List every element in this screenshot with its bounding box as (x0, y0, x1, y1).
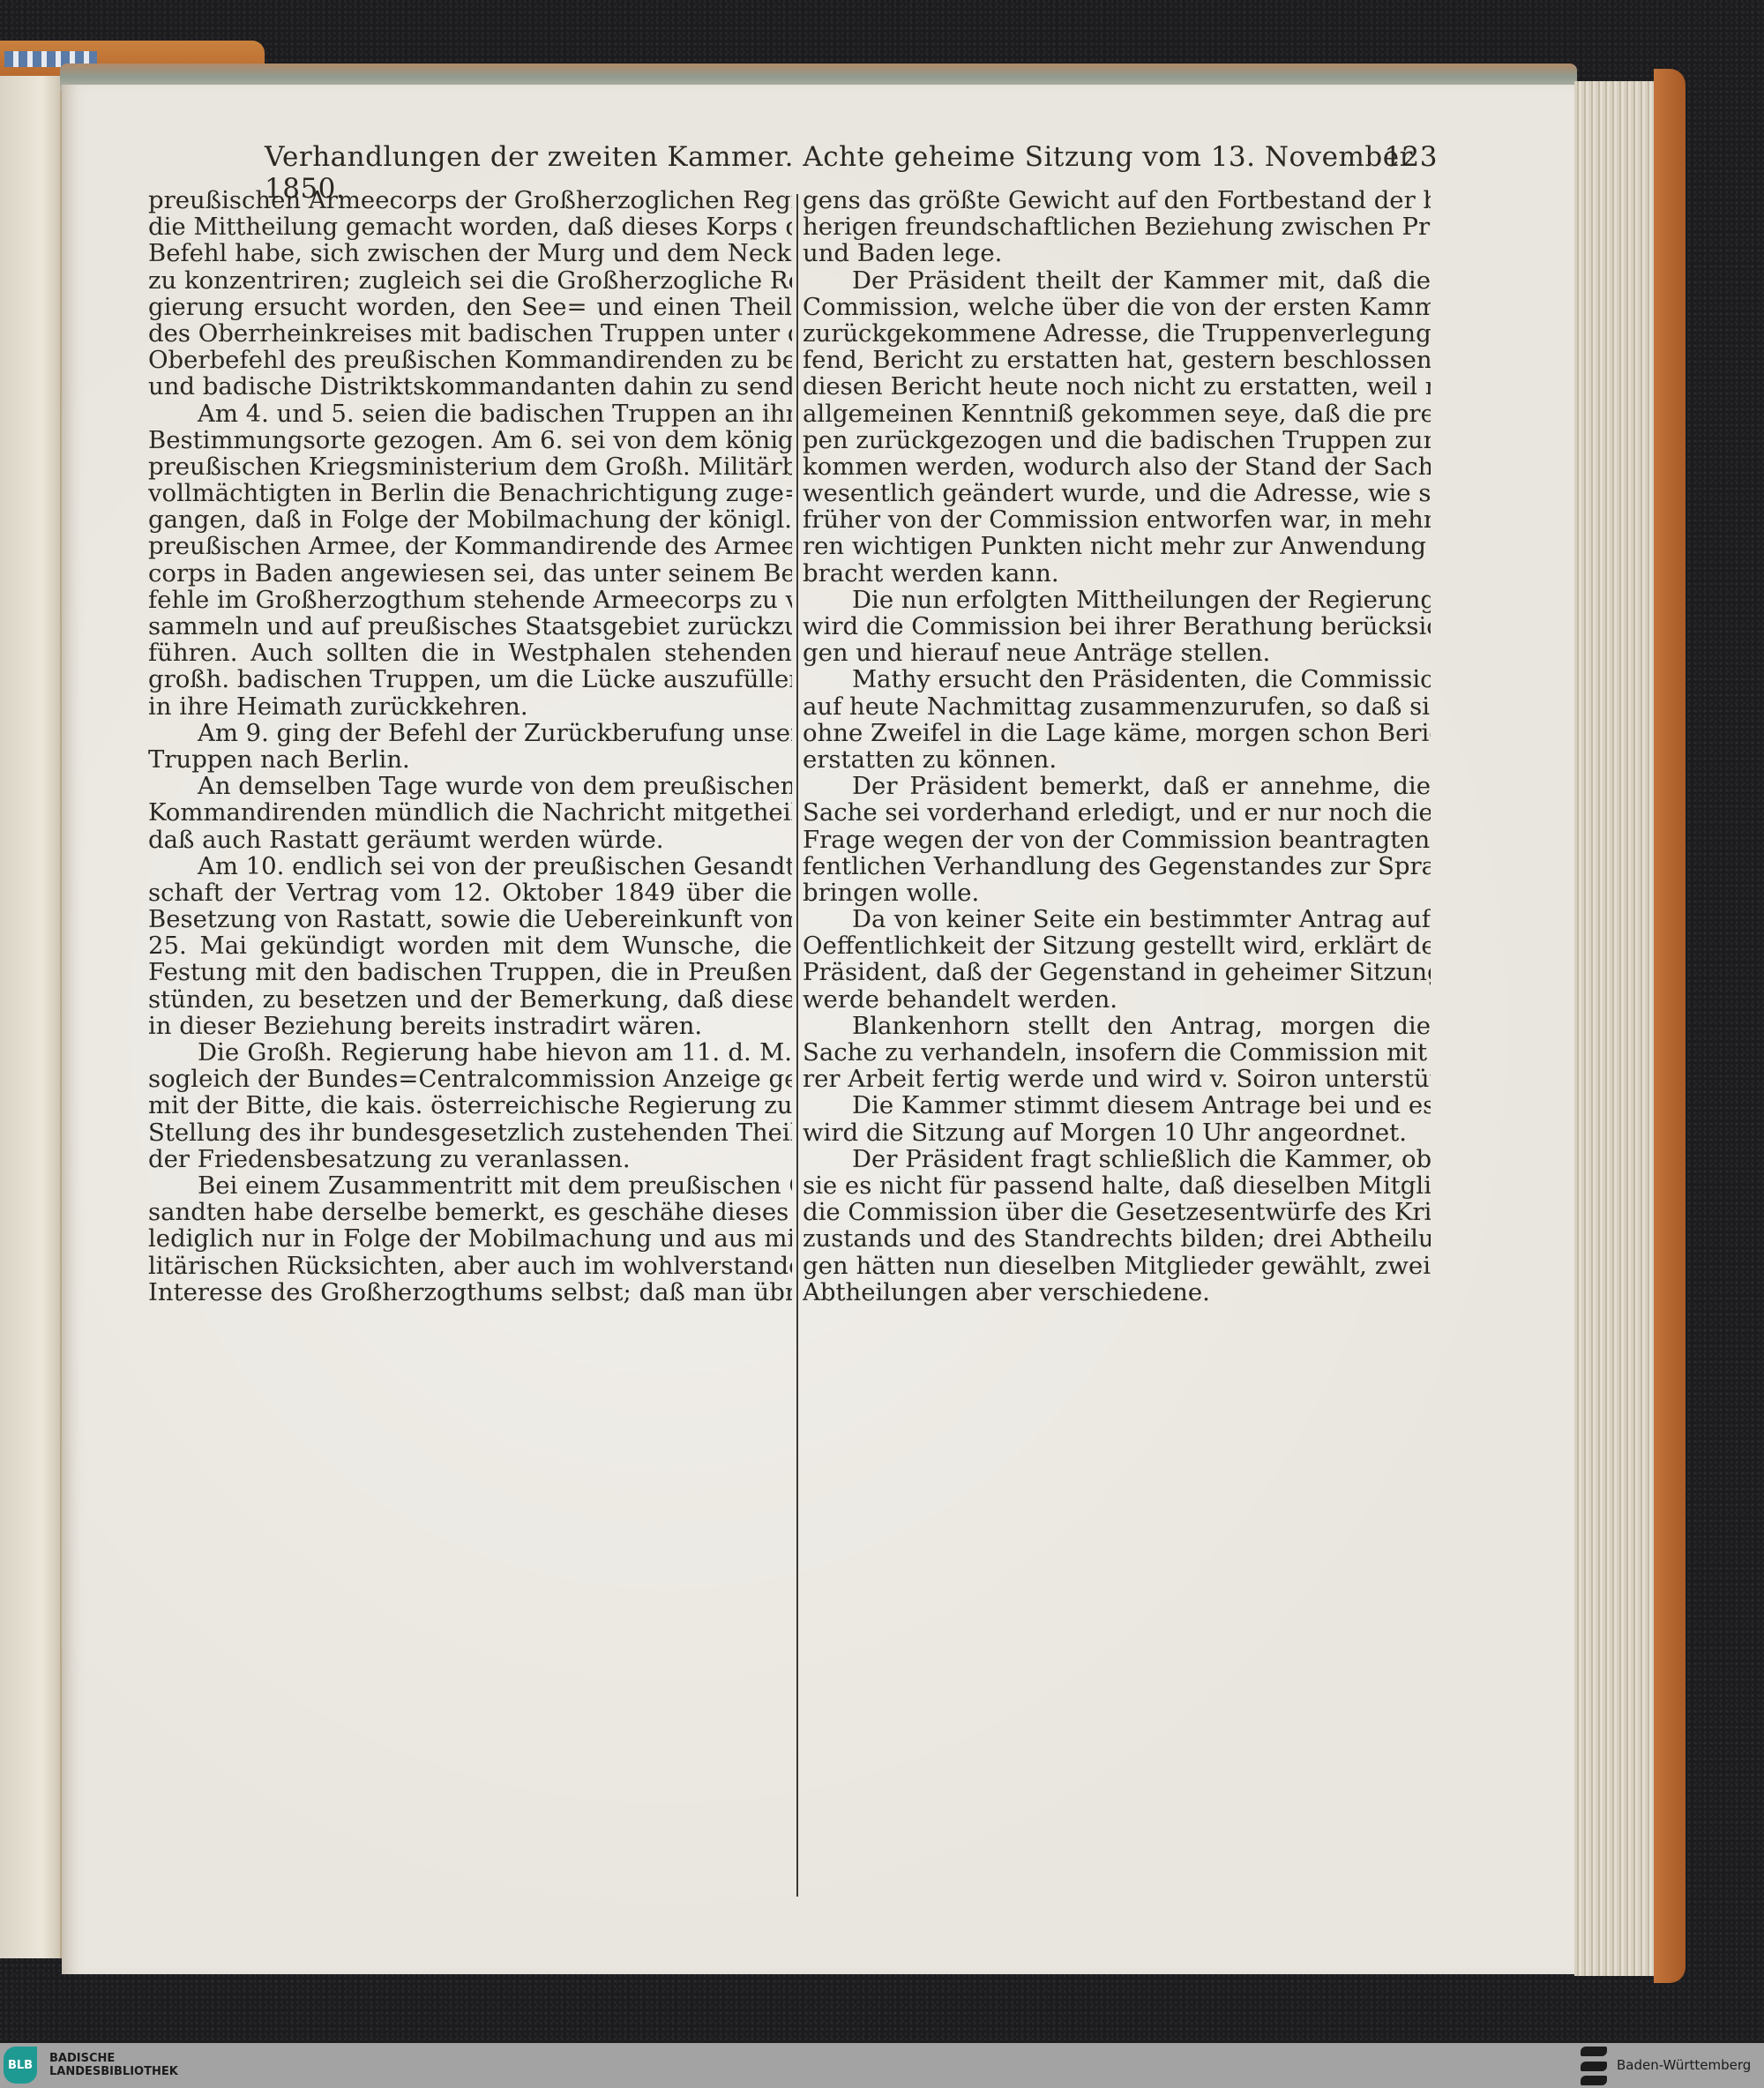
text-line: Frage wegen der von der Commission beant… (803, 827, 1431, 853)
library-name-line2: LANDESBIBLIOTHEK (49, 2065, 178, 2078)
text-line: sie es nicht für passend halte, daß dies… (803, 1172, 1431, 1199)
text-line: stünden, zu besetzen und der Bemerkung, … (148, 986, 792, 1013)
text-line: bracht werden kann. (803, 560, 1431, 587)
footer-bar (0, 2043, 1764, 2088)
running-header: Verhandlungen der zweiten Kammer. Achte … (265, 141, 1438, 183)
left-page-edge (0, 53, 62, 1958)
library-name[interactable]: BADISCHE LANDESBIBLIOTHEK (49, 2052, 178, 2078)
text-line: herigen freundschaftlichen Beziehung zwi… (803, 213, 1431, 240)
text-line: gens das größte Gewicht auf den Fortbest… (803, 187, 1431, 213)
text-line: lediglich nur in Folge der Mobilmachung … (148, 1225, 792, 1252)
text-line: gen hätten nun dieselben Mitglieder gewä… (803, 1253, 1431, 1279)
text-line: Commission, welche über die von der erst… (803, 294, 1431, 320)
text-line: die Mittheilung gemacht worden, daß dies… (148, 213, 792, 240)
paragraph-start: Am 4. und 5. seien die badischen Truppen… (148, 400, 792, 427)
text-line: ohne Zweifel in die Lage käme, morgen sc… (803, 720, 1431, 746)
text-line: Oberbefehl des preußischen Kommandirende… (148, 347, 792, 373)
text-line: Kommandirenden mündlich die Nachricht mi… (148, 799, 792, 826)
text-line: wird die Sitzung auf Morgen 10 Uhr angeo… (803, 1119, 1431, 1146)
text-line: gierung ersucht worden, den See= und ein… (148, 294, 792, 320)
paragraph-start: Am 10. endlich sei von der preußischen G… (148, 853, 792, 879)
text-line: Befehl habe, sich zwischen der Murg und … (148, 240, 792, 266)
paragraph-start: An demselben Tage wurde von dem preußisc… (148, 773, 792, 799)
paragraph-start: Die Kammer stimmt diesem Antrage bei und… (803, 1092, 1431, 1119)
text-line: Festung mit den badischen Truppen, die i… (148, 959, 792, 985)
blb-logo-text: BLB (8, 2059, 33, 2072)
text-line: preußischen Kriegsministerium dem Großh.… (148, 453, 792, 480)
paragraph-start: Blankenhorn stellt den Antrag, morgen di… (803, 1013, 1431, 1039)
text-line: kommen werden, wodurch also der Stand de… (803, 453, 1431, 480)
text-line: Interesse des Großherzogthums selbst; da… (148, 1279, 792, 1306)
text-line: wird die Commission bei ihrer Berathung … (803, 613, 1431, 640)
text-line: zustands und des Standrechts bilden; dre… (803, 1225, 1431, 1252)
right-column: gens das größte Gewicht auf den Fortbest… (803, 187, 1431, 1306)
paragraph-start: Die Großh. Regierung habe hievon am 11. … (148, 1039, 792, 1066)
text-line: führen. Auch sollten die in Westphalen s… (148, 640, 792, 666)
paragraph-start: Mathy ersucht den Präsidenten, die Commi… (803, 666, 1431, 692)
text-line: werde behandelt werden. (803, 986, 1431, 1013)
library-name-line1: BADISCHE (49, 2052, 178, 2065)
text-line: in ihre Heimath zurückkehren. (148, 693, 792, 720)
text-line: sandten habe derselbe bemerkt, es geschä… (148, 1199, 792, 1225)
text-line: gen und hierauf neue Anträge stellen. (803, 640, 1431, 666)
text-line: preußischen Armeecorps der Großherzoglic… (148, 187, 792, 213)
blb-logo-icon[interactable]: BLB (4, 2047, 37, 2084)
text-line: Oeffentlichkeit der Sitzung gestellt wir… (803, 932, 1431, 959)
paragraph-start: Am 9. ging der Befehl der Zurückberufung… (148, 720, 792, 746)
text-line: und Baden lege. (803, 240, 1431, 266)
text-line: in dieser Beziehung bereits instradirt w… (148, 1013, 792, 1039)
text-line: sogleich der Bundes=Centralcommission An… (148, 1066, 792, 1092)
text-line: sammeln und auf preußisches Staatsgebiet… (148, 613, 792, 640)
text-line: ren wichtigen Punkten nicht mehr zur Anw… (803, 533, 1431, 559)
text-line: Besetzung von Rastatt, sowie die Ueberei… (148, 906, 792, 932)
text-line: mit der Bitte, die kais. österreichische… (148, 1092, 792, 1119)
text-line: auf heute Nachmittag zusammenzurufen, so… (803, 693, 1431, 720)
text-line: fehle im Großherzogthum stehende Armeeco… (148, 587, 792, 613)
text-line: die Commission über die Gesetzesentwürfe… (803, 1199, 1431, 1225)
book-cover-edge (1654, 69, 1686, 1983)
text-line: Abtheilungen aber verschiedene. (803, 1279, 1431, 1306)
state-label[interactable]: Baden-Württemberg (1617, 2057, 1751, 2073)
paragraph-start: Bei einem Zusammentritt mit dem preußisc… (148, 1172, 792, 1199)
text-line: Sache zu verhandeln, insofern die Commis… (803, 1039, 1431, 1066)
paragraph-start: Die nun erfolgten Mittheilungen der Regi… (803, 587, 1431, 613)
text-line: gangen, daß in Folge der Mobilmachung de… (148, 506, 792, 533)
text-line: fentlichen Verhandlung des Gegenstandes … (803, 853, 1431, 879)
text-line: Truppen nach Berlin. (148, 746, 792, 773)
text-line: diesen Bericht heute noch nicht zu ersta… (803, 373, 1431, 400)
text-line: zurückgekommene Adresse, die Truppenverl… (803, 320, 1431, 347)
text-line: vollmächtigten in Berlin die Benachricht… (148, 480, 792, 506)
text-line: bringen wolle. (803, 879, 1431, 906)
paragraph-start: Der Präsident fragt schließlich die Kamm… (803, 1146, 1431, 1172)
text-line: des Oberrheinkreises mit badischen Trupp… (148, 320, 792, 347)
left-column: preußischen Armeecorps der Großherzoglic… (148, 187, 792, 1306)
text-line: Präsident, daß der Gegenstand in geheime… (803, 959, 1431, 985)
text-line: Stellung des ihr bundesgesetzlich zusteh… (148, 1119, 792, 1146)
text-line: preußischen Armee, der Kommandirende des… (148, 533, 792, 559)
text-line: zu konzentriren; zugleich sei die Großhe… (148, 267, 792, 294)
text-line: und badische Distriktskommandanten dahin… (148, 373, 792, 400)
text-line: allgemeinen Kenntniß gekommen seye, daß … (803, 400, 1431, 427)
text-line: der Friedensbesatzung zu veranlassen. (148, 1146, 792, 1172)
three-lions-crest-icon (1581, 2047, 1607, 2085)
text-line: früher von der Commission entworfen war,… (803, 506, 1431, 533)
page-number: 123 (1384, 141, 1438, 173)
paragraph-start: Da von keiner Seite ein bestimmter Antra… (803, 906, 1431, 932)
column-divider (796, 194, 798, 1897)
text-line: wesentlich geändert wurde, und die Adres… (803, 480, 1431, 506)
text-line: großh. badischen Truppen, um die Lücke a… (148, 666, 792, 692)
text-line: daß auch Rastatt geräumt werden würde. (148, 827, 792, 853)
text-line: litärischen Rücksichten, aber auch im wo… (148, 1253, 792, 1279)
text-line: 25. Mai gekündigt worden mit dem Wunsche… (148, 932, 792, 959)
paragraph-start: Der Präsident bemerkt, daß er annehme, d… (803, 773, 1431, 799)
text-line: corps in Baden angewiesen sei, das unter… (148, 560, 792, 587)
text-line: pen zurückgezogen und die badischen Trup… (803, 427, 1431, 453)
text-line: fend, Bericht zu erstatten hat, gestern … (803, 347, 1431, 373)
text-line: Bestimmungsorte gezogen. Am 6. sei von d… (148, 427, 792, 453)
text-line: Sache sei vorderhand erledigt, und er nu… (803, 799, 1431, 826)
text-line: erstatten zu können. (803, 746, 1431, 773)
paragraph-start: Der Präsident theilt der Kammer mit, daß… (803, 267, 1431, 294)
page-fore-edge (1574, 81, 1654, 1976)
text-line: rer Arbeit fertig werde und wird v. Soir… (803, 1066, 1431, 1092)
text-line: schaft der Vertrag vom 12. Oktober 1849 … (148, 879, 792, 906)
